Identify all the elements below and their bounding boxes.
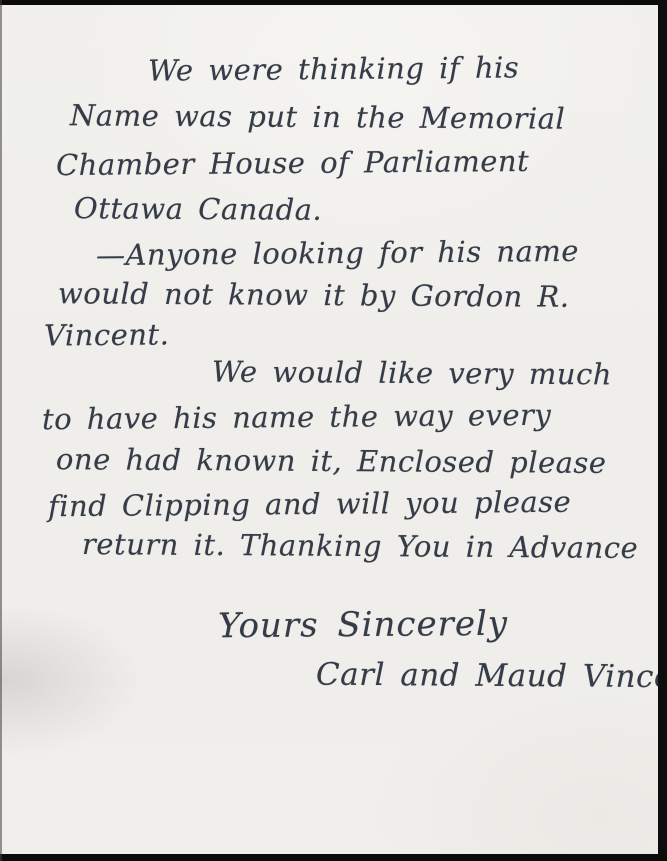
letter-line: find Clipping and will you please bbox=[48, 485, 572, 524]
letter-line: Ottawa Canada. bbox=[74, 191, 322, 227]
scan-edge-left bbox=[0, 0, 2, 861]
scan-edge-top bbox=[0, 0, 667, 5]
letter-line: one had known it, Enclosed please bbox=[56, 442, 607, 480]
scanned-letter-page: We were thinking if his Name was put in … bbox=[0, 0, 667, 861]
letter-line: We would like very much bbox=[212, 355, 612, 392]
letter-line: return it. Thanking You in Advance bbox=[82, 527, 638, 565]
scan-edge-right bbox=[658, 0, 667, 861]
scan-edge-bottom bbox=[0, 854, 667, 861]
letter-line: would not know it by Gordon R. bbox=[58, 276, 570, 314]
letter-line: —Anyone looking for his name bbox=[96, 234, 579, 272]
letter-line: Name was put in the Memorial bbox=[70, 98, 566, 135]
letter-line: to have his name the way every bbox=[42, 398, 552, 436]
letter-line: Vincent. bbox=[44, 317, 170, 352]
letter-line: We were thinking if his bbox=[148, 50, 519, 87]
letter-line: Chamber House of Parliament bbox=[56, 144, 530, 182]
letter-signature: Carl and Maud Vincent bbox=[316, 657, 667, 696]
letter-closing-salutation: Yours Sincerely bbox=[218, 604, 508, 647]
